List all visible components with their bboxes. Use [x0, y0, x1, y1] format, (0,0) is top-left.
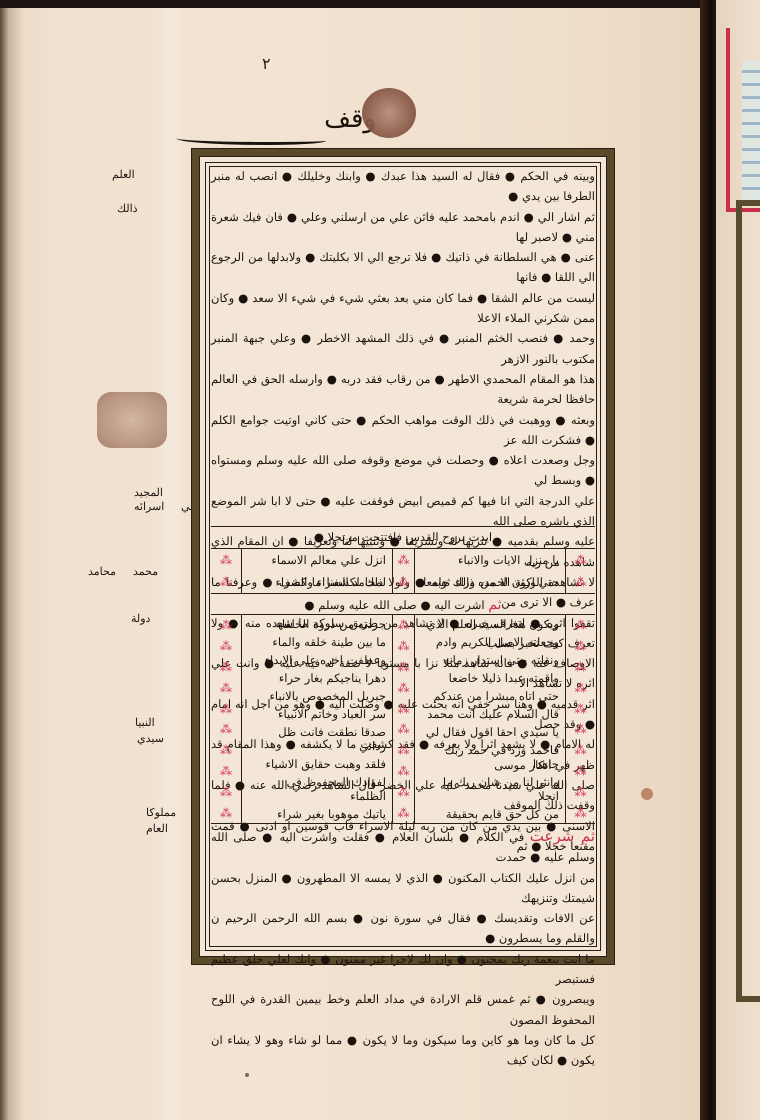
- hemistich: يا منزل الايات والانباء: [421, 553, 559, 567]
- waqf-endowment-inscription: وقف: [176, 104, 376, 144]
- hemistich: حتي اتاه مبشرا من عندكم: [421, 689, 559, 703]
- hemistich: جردته من ذروة الخلفاء: [248, 617, 386, 631]
- margin-note: العلم: [112, 168, 135, 181]
- page-edge-left: [0, 8, 22, 1120]
- verse-table-1: ⁂⁂ يا منزل الايات والانباء حتي اكون لحمد…: [211, 549, 595, 593]
- margin-note: دولة: [131, 612, 150, 625]
- divider: [211, 823, 595, 824]
- verse-marker-icon: ⁂: [220, 554, 232, 566]
- page-number: ٢: [262, 54, 271, 73]
- hemistich: دهرا يناجيكم بغار حراء: [248, 671, 386, 685]
- hemistich: صدقا نطقت فانت ظل ردائي: [248, 725, 386, 753]
- prose-line: ثم اشار الي ● اندم بامحمد عليه فاثن علي …: [211, 207, 595, 248]
- verse-intro-text: اشرت اليه ● صلى الله عليه وسلم ●: [304, 598, 484, 612]
- verse-table-2: ⁂⁂⁂⁂⁂⁂⁂⁂⁂⁂ ويكون هذا السيد العلم الذي وج…: [211, 615, 595, 823]
- verse-marker-icon: ⁂: [398, 554, 410, 566]
- verse-marker-icon: ⁂: [220, 576, 232, 588]
- margin-note: سيدي: [137, 732, 164, 745]
- divider: [211, 593, 595, 594]
- calligraphic-swash: [176, 134, 326, 145]
- verse-marker-column: ⁂⁂⁂⁂⁂⁂⁂⁂⁂⁂: [211, 615, 241, 823]
- prose-line: وجل وصعدت اعلاه ● وحصلت في موضع وقوفه صل…: [211, 450, 595, 491]
- prose-line: هذا هو المقام المحمدي الاطهر ● من رقاب ف…: [211, 369, 595, 410]
- hemistich: يا سيدي احقا اقول فقال لي: [421, 725, 559, 739]
- prose-line: عن الافات وتقديسك ● فقال في سورة نون ● ب…: [211, 908, 595, 949]
- hemistich: قال السلام عليك انت محمد: [421, 707, 559, 721]
- hemistich-right-column: ويكون هذا السيد العلم الذي وجعلته الاصل …: [414, 615, 565, 823]
- hemistich: جبريل المخصوص بالانباء: [248, 689, 386, 703]
- hemistich: حتي اكون لحمده ذالك جامعا: [421, 575, 559, 589]
- hemistich: فاحمد وزد في حمد ربك جاهدا: [421, 743, 559, 771]
- hemistich-right-column: يا منزل الايات والانباء حتي اكون لحمده ذ…: [414, 549, 565, 593]
- prose-line: ما انت بنعمة ربك بمجنون ● وان لك لاجرا غ…: [211, 949, 595, 990]
- hemistich: واقمته عبدا ذليلا خاضعا: [421, 671, 559, 685]
- hemistich-left-column: انزل علي معالم الاسماء لمحامد السراء وال…: [241, 549, 392, 593]
- hemistich: وانثر لنا من شان ربك ما انجلا: [421, 775, 559, 803]
- margin-note: مملوكا: [146, 806, 176, 819]
- verse-intro: ايدت بروح القدس فافتتحت مرتجلا ●: [211, 530, 595, 544]
- margin-note: العام: [146, 822, 168, 835]
- text-block-frame: وبينه في الحكم ● فقال له السيد هذا عبدك …: [192, 149, 614, 964]
- hemistich-left-column: جردته من ذروة الخلفاء ما بين طينة خلقه و…: [241, 615, 392, 823]
- hemistich: وعطفت اخره علي الابداء: [248, 653, 386, 667]
- hemistich: وجعلته الاصل الكريم وادم: [421, 635, 559, 649]
- verse-intro-2: ثم اشرت اليه ● صلى الله عليه وسلم ●: [211, 597, 595, 613]
- hemistich: ياتيك موهوبا بغير شراء: [248, 807, 386, 821]
- prose-line: كل ما كان وما هو كاين وما سيكون وما لا ي…: [211, 1030, 595, 1071]
- verse-marker-icon: ⁂: [398, 576, 410, 588]
- hemistich: لمحامد السراء والضراء: [248, 575, 386, 589]
- hemistich: انزل علي معالم الاسماء: [248, 553, 386, 567]
- margin-note: محمد: [133, 565, 158, 578]
- margin-note: ذالك: [117, 202, 138, 215]
- page-fold-shadow: [150, 8, 190, 1120]
- margin-note: محامد: [88, 565, 116, 578]
- prose-line: ويبصرون ● ثم غمس قلم الارادة في مداد الع…: [211, 989, 595, 1030]
- hemistich: سر العباد وخاتم الانبياء: [248, 707, 386, 721]
- prose-line: وبعثه ● ووهبت في ذلك الوقت مواهب الحكم ●…: [211, 410, 595, 451]
- hemistich: فلقد وهبت حقايق الاشياء: [248, 757, 386, 771]
- verse-marker-column: ⁂⁂⁂⁂⁂⁂⁂⁂⁂⁂: [392, 615, 414, 823]
- verse-marker-icon: ⁂: [575, 554, 587, 566]
- margin-note: المجيد: [134, 486, 163, 499]
- margin-note: اسرائه: [134, 500, 164, 513]
- ink-spot: [245, 1073, 249, 1077]
- hemistich: من كل حق قايم بحقيقة: [421, 807, 559, 821]
- hemistich: لفؤادك المحفوظ في الظلماء: [248, 775, 386, 803]
- rubric-word: ثم شرعت: [530, 827, 595, 845]
- prose-line: وبينه في الحكم ● فقال له السيد هذا عبدك …: [211, 166, 595, 207]
- facing-page-frame: [736, 200, 760, 1002]
- verse-marker-column: ⁂⁂: [565, 549, 595, 593]
- hemistich: ونقلته حتي استدار زمانه: [421, 653, 559, 667]
- verse-marker-icon: ⁂: [575, 576, 587, 588]
- verse-marker-column: ⁂⁂: [211, 549, 241, 593]
- verse-marker-column: ⁂⁂⁂⁂⁂⁂⁂⁂⁂⁂: [565, 615, 595, 823]
- prose-line: وحمد ● فنصب الخثم المنبر ● في ذلك المشهد…: [211, 328, 595, 369]
- rubric-word: ثم: [488, 597, 501, 613]
- foxing-stain: [641, 788, 653, 800]
- hemistich: ويكون هذا السيد العلم الذي: [421, 617, 559, 631]
- prose-section-bottom: ثم شرعت في الكلام ● بلسان العلام ● فقلت …: [211, 826, 595, 1071]
- prose-line: ثم شرعت في الكلام ● بلسان العلام ● فقلت …: [211, 826, 595, 868]
- facing-page-illumination: [742, 60, 760, 200]
- margin-note: النبيا: [135, 716, 155, 729]
- octagonal-seal-icon: [97, 392, 167, 448]
- verse-marker-column: ⁂⁂: [392, 549, 414, 593]
- hemistich: ما بين طينة خلقه والماء: [248, 635, 386, 649]
- prose-line: من انزل عليك الكتاب المكنون ● الذي لا يم…: [211, 868, 595, 909]
- round-ownership-seal-icon: [362, 88, 416, 138]
- prose-line: عنى ● هي السلطانة في ذاتيك ● فلا ترجع ال…: [211, 247, 595, 288]
- divider: [211, 526, 595, 527]
- prose-line: ليست من عالم الشقا ● فما كان مني بعد بعث…: [211, 288, 595, 329]
